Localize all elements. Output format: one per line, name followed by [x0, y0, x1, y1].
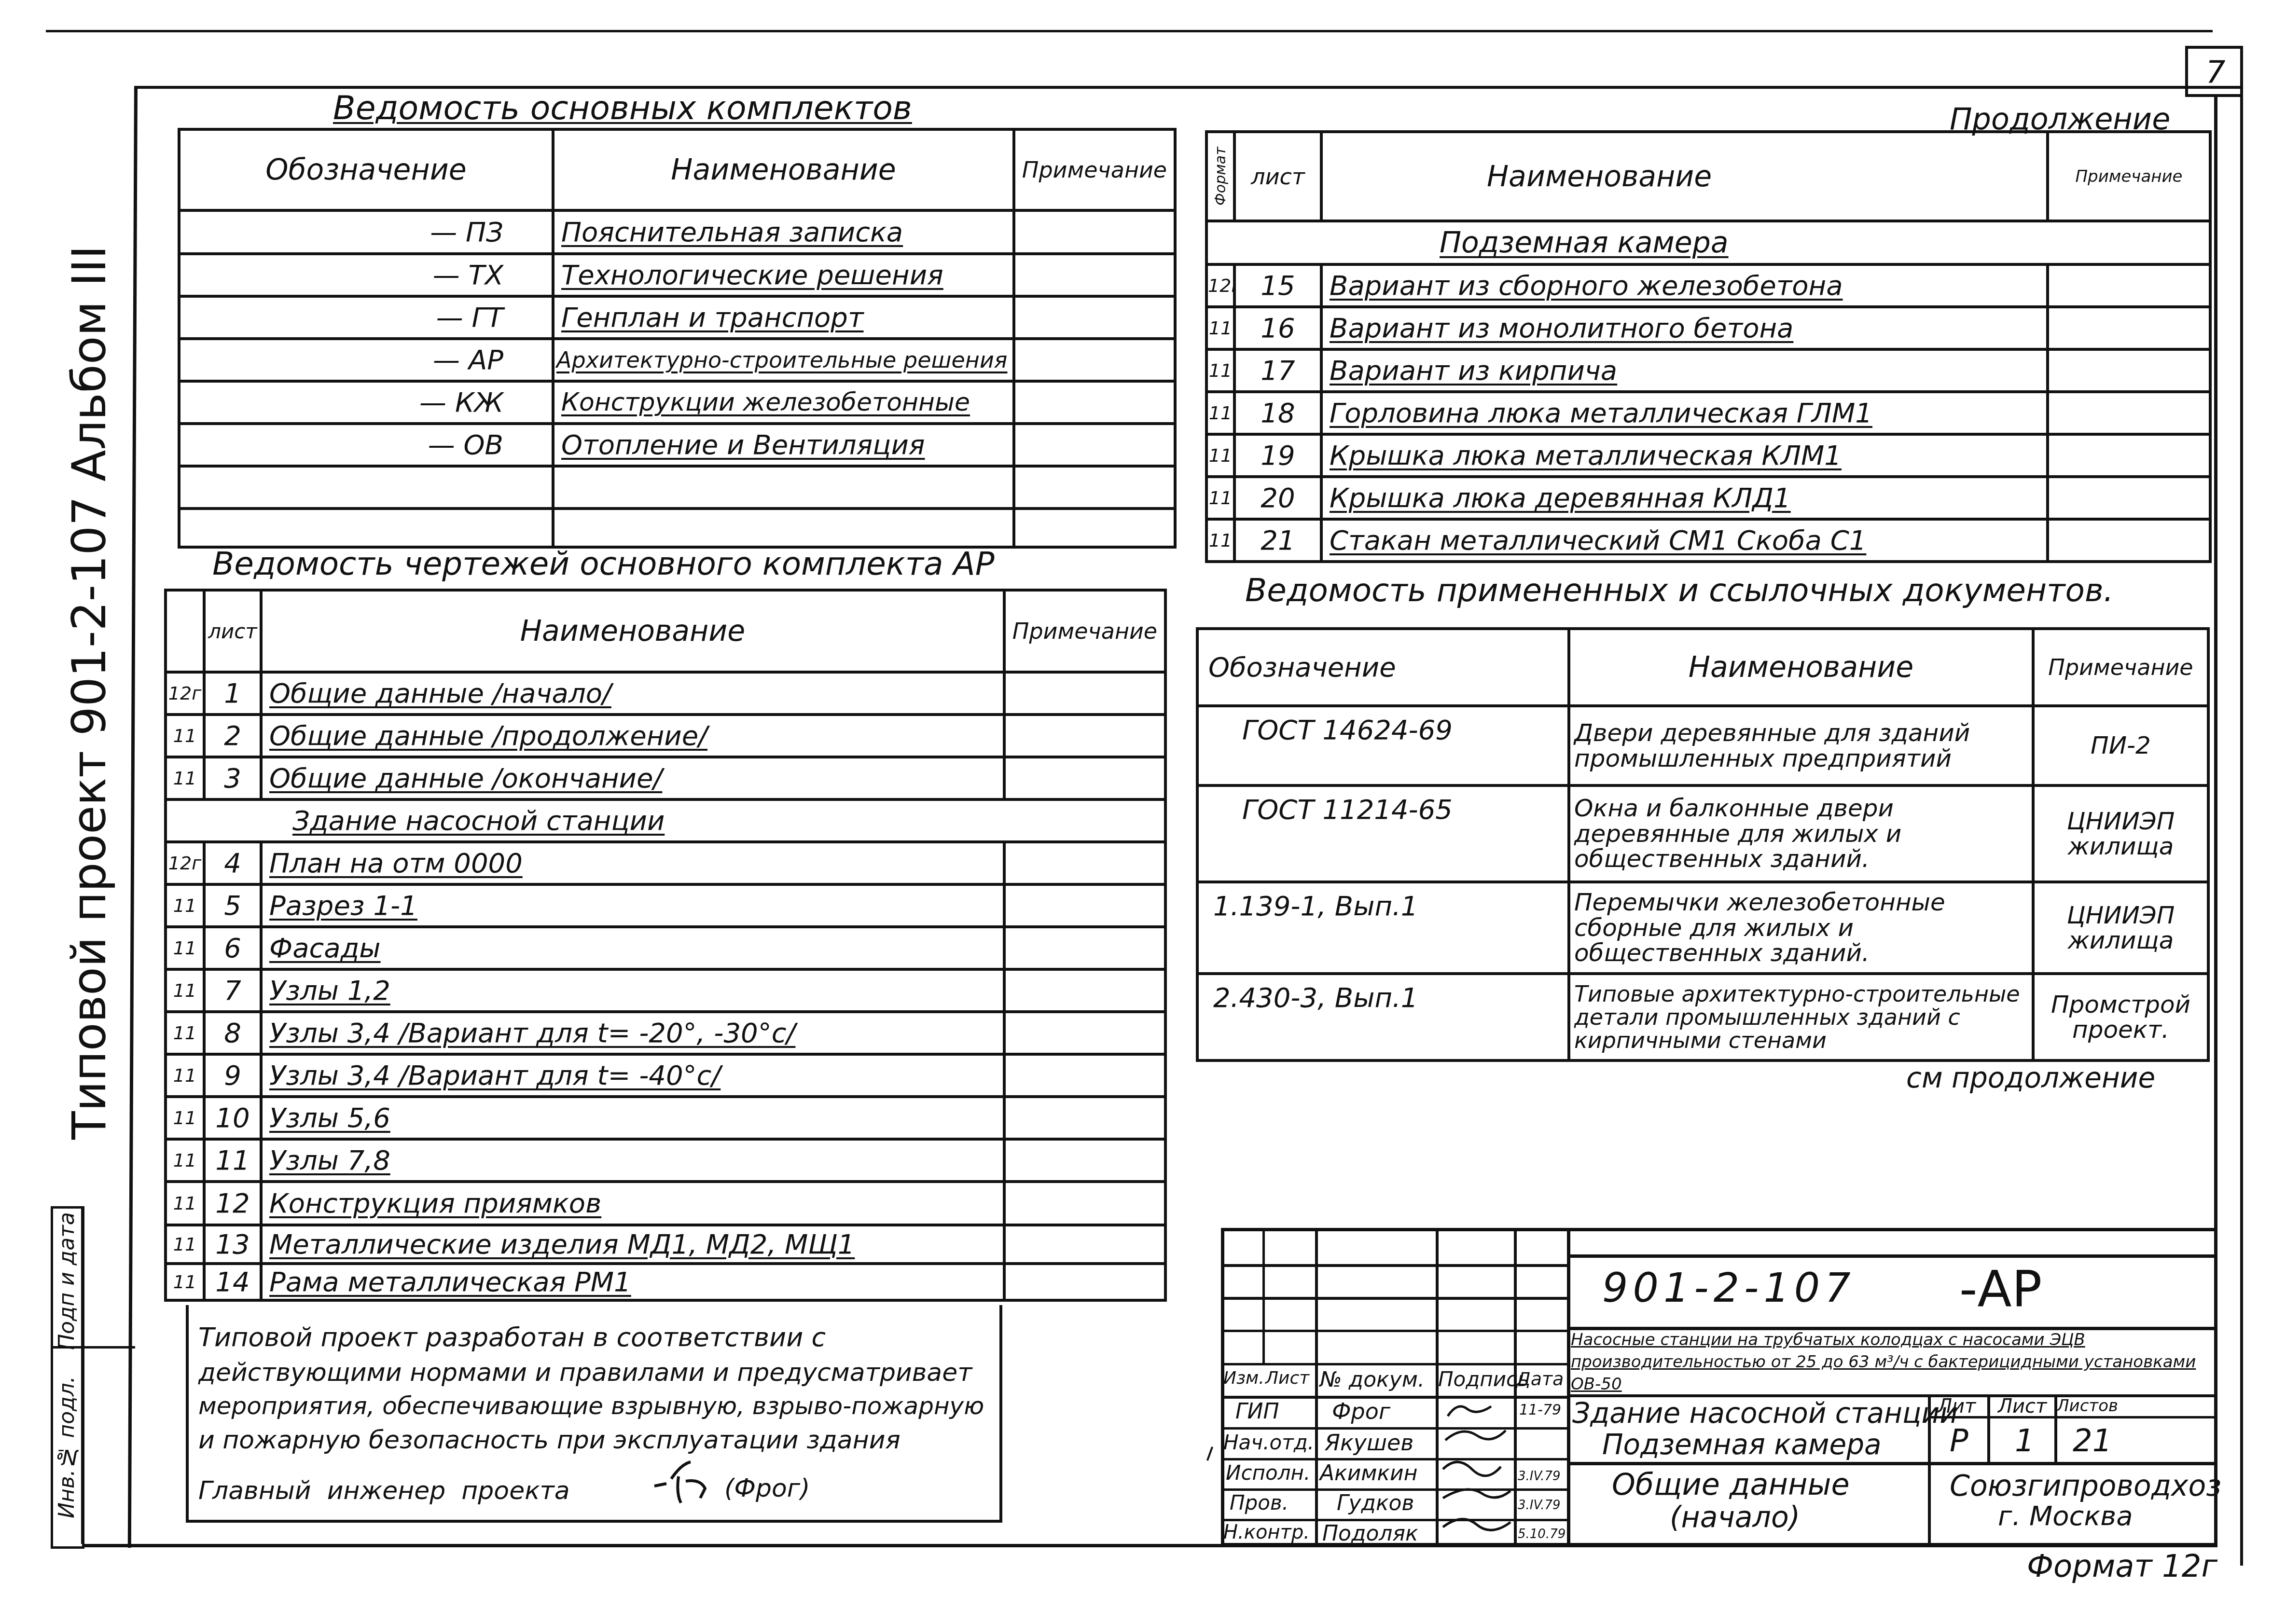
- sheets-value: 21: [2073, 1423, 2112, 1459]
- compliance-line: и пожарную безопасность при эксплуатации…: [198, 1426, 901, 1455]
- sheet-number-box: 7: [2185, 46, 2243, 97]
- table-row: 11 11 Узлы 7,8: [166, 1139, 1165, 1182]
- see-continuation-note: см продолжение: [1906, 1061, 2155, 1094]
- tb-header-change: Изм.: [1223, 1368, 1264, 1388]
- frame-left-border: [128, 86, 138, 1548]
- table-row: — ПЗ Пояснительная записка: [179, 210, 1175, 254]
- table-row: 11 3 Общие данные /окончание/: [166, 757, 1165, 799]
- frame-top-border: [135, 86, 2242, 89]
- sheet-value: 1: [2015, 1423, 2035, 1459]
- header-note: Примечание: [2048, 132, 2210, 221]
- signer-date: 3.IV.79: [1518, 1469, 1561, 1484]
- drawings-ar-title: Ведомость чертежей основного комплекта А…: [212, 545, 994, 582]
- header-name: Наименование: [553, 129, 1014, 210]
- signature-name: (Фрог): [724, 1474, 810, 1503]
- table-row: 1.139-1, Вып.1 Перемычки железобетонные …: [1197, 882, 2208, 974]
- object-line2: Подземная камера: [1602, 1428, 1882, 1461]
- signer-role: Н.контр.: [1223, 1521, 1310, 1543]
- table-row: 11 7 Узлы 1,2: [166, 969, 1165, 1012]
- compliance-line: мероприятия, обеспечивающие взрывную, вз…: [198, 1392, 984, 1420]
- table-row: — ГТ Генплан и транспорт: [179, 296, 1175, 339]
- header-format: Формат: [1206, 132, 1234, 221]
- table-row: 11 6 Фасады: [166, 927, 1165, 969]
- table-row: 11 20 Крышка люка деревянная КЛД1: [1206, 477, 2210, 519]
- tb-header-signature: Подпись: [1438, 1367, 1529, 1391]
- table-row: 11 21 Стакан металлический СМ1 Скоба С1: [1206, 519, 2210, 562]
- top-trim-line: [46, 30, 2213, 32]
- signer-name: Фрог: [1332, 1398, 1390, 1424]
- table-row: ГОСТ 11214-65 Окна и балконные двери дер…: [1197, 785, 2208, 882]
- margin-stamp-col: [81, 1206, 83, 1544]
- signature-line-label: Главный инженер проекта: [198, 1476, 570, 1505]
- table-row: 12г 4 План на отм 0000: [166, 842, 1165, 884]
- sheet-number-divider: [2185, 94, 2243, 97]
- table-row: — КЖ Конструкции железобетонные: [179, 381, 1175, 424]
- sheet-title-line1: Общие данные: [1612, 1467, 1850, 1502]
- table-row: — АР Архитектурно-строительные решения: [179, 339, 1175, 381]
- main-sets-table: Обозначение Наименование Примечание — ПЗ…: [178, 128, 1177, 549]
- signer-date: 11-79: [1519, 1402, 1561, 1418]
- tb-row-line: [1221, 1458, 1568, 1460]
- lit-value: Р: [1950, 1423, 1968, 1459]
- set-code: -АР: [1959, 1259, 2042, 1318]
- signer-date: 3.IV.79: [1518, 1498, 1561, 1513]
- section-row: Здание насосной станции: [166, 799, 1165, 842]
- table-row: 12г 1 Общие данные /начало/: [166, 672, 1165, 715]
- table-row: 11 10 Узлы 5,6: [166, 1097, 1165, 1139]
- table-row: 11 13 Металлические изделия МД1, МД2, МЩ…: [166, 1225, 1165, 1264]
- header-note: Примечание: [2033, 629, 2208, 706]
- table-row: 11 2 Общие данные /продолжение/: [166, 715, 1165, 757]
- header-note: Примечание: [1004, 590, 1165, 672]
- stamp-label-inventory: Инв.№ подл.: [54, 1356, 79, 1539]
- compliance-note-box: Типовой проект разработан в соответствии…: [186, 1305, 1002, 1523]
- stamp-label-signature-date: Подп и дата: [54, 1225, 79, 1336]
- main-sets-title: Ведомость основных комплектов: [333, 89, 912, 127]
- table-row: 11 8 Узлы 3,4 /Вариант для t= -20°, -30°…: [166, 1012, 1165, 1054]
- tb-col-line: [1262, 1228, 1265, 1363]
- signer-role: ГИП: [1235, 1399, 1279, 1424]
- table-row: — ОВ Отопление и Вентиляция: [179, 424, 1175, 466]
- organization-line1: Союзгипроводхоз: [1950, 1469, 2221, 1503]
- tb-row-line: [1568, 1462, 2217, 1465]
- tb-row-line: [1221, 1396, 1568, 1399]
- compliance-line: Типовой проект разработан в соответствии…: [198, 1322, 826, 1352]
- organization-line2: г. Москва: [1998, 1500, 2133, 1532]
- tb-header-date: Дата: [1516, 1368, 1564, 1390]
- table-row: 11 12 Конструкция приямков: [166, 1182, 1165, 1225]
- table-row: [179, 509, 1175, 547]
- section-row: Подземная камера: [1206, 221, 2210, 264]
- signer-name: Гудков: [1337, 1491, 1414, 1515]
- referenced-docs-title: Ведомость примененных и ссылочных докуме…: [1245, 572, 2114, 609]
- tb-row-line: [1221, 1363, 1568, 1365]
- sheet-title-line2: (начало): [1670, 1500, 1800, 1534]
- tb-row-line: [1568, 1254, 2217, 1258]
- drawings-ar-table: лист Наименование Примечание 12г 1 Общие…: [164, 589, 1167, 1302]
- signer-role: Нач.отд.: [1223, 1431, 1314, 1454]
- tb-row-line: [1221, 1297, 1568, 1300]
- referenced-docs-table: Обозначение Наименование Примечание ГОСТ…: [1196, 627, 2210, 1062]
- signer-name: Подоляк: [1322, 1521, 1418, 1546]
- header-name: Наименование: [1569, 629, 2033, 706]
- tb-row-line: [1221, 1330, 1568, 1332]
- table-row: 12г. 15 Вариант из сборного железобетона: [1206, 264, 2210, 307]
- sheet-number: 7: [2206, 55, 2226, 91]
- tb-header-docnum: № докум.: [1320, 1367, 1425, 1392]
- table-row: [179, 466, 1175, 509]
- tb-col-line: [1987, 1394, 1990, 1463]
- frame-right-border-outer: [2240, 46, 2243, 1566]
- signature-scribbles-icon: [1438, 1397, 1515, 1546]
- sheets-label: Листов: [2057, 1396, 2118, 1416]
- object-line1: Здание насосной станции: [1572, 1397, 1958, 1430]
- table-row: 2.430-3, Вып.1 Типовые архитектурно-стро…: [1197, 974, 2208, 1060]
- table-row: 11 17 Вариант из кирпича: [1206, 349, 2210, 392]
- sheet-label: Лист: [1998, 1395, 2047, 1418]
- tb-col-line: [1315, 1228, 1318, 1544]
- tb-col-line: [1567, 1228, 1570, 1544]
- signer-name: Якушев: [1325, 1430, 1413, 1456]
- table-row: 11 14 Рама металлическая РМ1: [166, 1264, 1165, 1300]
- header-name: Наименование: [1321, 132, 2048, 221]
- header-sheet: лист: [1234, 132, 1321, 221]
- table-row: 11 5 Разрез 1-1: [166, 884, 1165, 927]
- signer-date: 5.10.79: [1518, 1527, 1566, 1541]
- header-designation: Обозначение: [179, 129, 553, 210]
- signer-role: Исполн.: [1226, 1461, 1310, 1485]
- format-label: Формат 12г: [2027, 1549, 2217, 1584]
- compliance-line: действующими нормами и правилами и преду…: [198, 1358, 972, 1387]
- continuation-table: Формат лист Наименование Примечание Подз…: [1205, 130, 2212, 563]
- header-note: Примечание: [1014, 129, 1175, 210]
- header-name: Наименование: [261, 590, 1004, 672]
- album-title: Типовой проект 901-2-107 Альбом III: [63, 188, 116, 1197]
- lit-label: Лит: [1938, 1395, 1976, 1418]
- table-row: 11 16 Вариант из монолитного бетона: [1206, 307, 2210, 349]
- project-code: 901-2-107: [1602, 1264, 1856, 1311]
- signer-role: Пров.: [1230, 1491, 1288, 1514]
- signer-name: Акимкин: [1320, 1461, 1417, 1486]
- header-sheet: лист: [204, 590, 261, 672]
- table-row: 11 18 Горловина люка металлическая ГЛМ1: [1206, 392, 2210, 434]
- stamp-tick-mark: [1206, 1446, 1213, 1461]
- table-row: — ТХ Технологические решения: [179, 254, 1175, 296]
- signature-icon: [652, 1459, 720, 1508]
- table-row: 11 19 Крышка люка металлическая КЛМ1: [1206, 434, 2210, 477]
- tb-row-line: [1221, 1264, 1568, 1267]
- table-row: 11 9 Узлы 3,4 /Вариант для t= -40°c/: [166, 1054, 1165, 1097]
- table-row: ГОСТ 14624-69 Двери деревянные для здани…: [1197, 706, 2208, 785]
- tb-header-sheet: Лист: [1265, 1368, 1309, 1388]
- header-designation: Обозначение: [1197, 629, 1569, 706]
- project-description: Насосные станции на трубчатых колодцах с…: [1571, 1329, 2215, 1396]
